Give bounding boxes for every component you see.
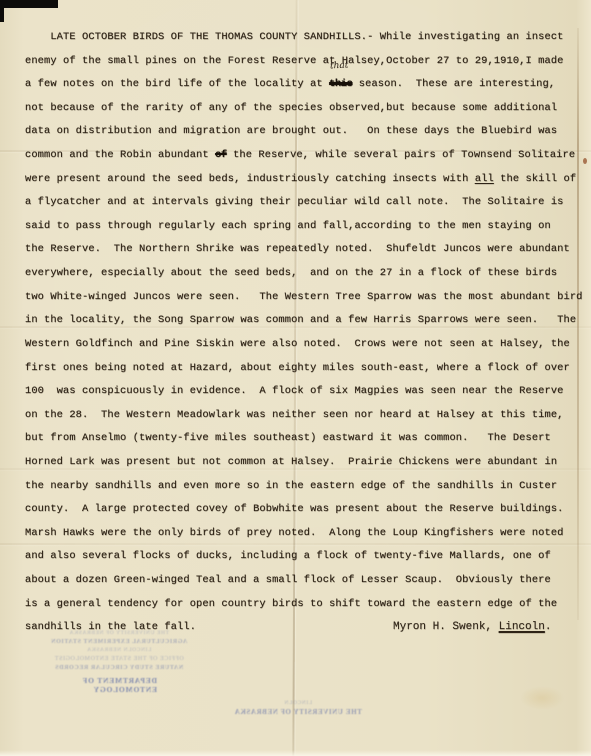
scanner-edge-artifact-top: [0, 0, 58, 8]
typed-line: a few notes on the bird life of the loca…: [25, 73, 577, 97]
bleedthrough-line: NATURE STUDY CIRCULAR RECORDS: [44, 664, 194, 672]
bleedthrough-letterhead-block: THE UNIVERSITY OF NEBRASKAAGRICULTURAL E…: [44, 630, 194, 673]
typed-text-segment: a flycatcher and at intervals giving the…: [25, 196, 564, 208]
bleedthrough-line: AGRICULTURAL EXPERIMENT STATION: [44, 638, 194, 646]
typed-text-segment: and also several flocks of ducks, includ…: [25, 550, 551, 562]
typed-text-segment: in the locality, the Song Sparrow was co…: [25, 314, 576, 326]
bleedthrough-line: THE UNIVERSITY OF NEBRASKA: [44, 630, 194, 637]
paper-bottom-edge-highlight: [0, 750, 591, 756]
typed-line: in the locality, the Song Sparrow was co…: [25, 309, 577, 333]
paper-speck: [583, 158, 587, 164]
paper-stain: [520, 686, 564, 710]
typed-line: a flycatcher and at intervals giving the…: [25, 191, 577, 215]
typed-line: two White-winged Juncos were seen. The W…: [25, 286, 577, 310]
bleedthrough-department-line: DEPARTMENT OF ENTOMOLOGY: [22, 676, 157, 694]
typed-text-segment: Horned Lark was present but not common a…: [25, 456, 557, 468]
typed-text-segment: Western Goldfinch and Pine Siskin were a…: [25, 338, 570, 350]
typed-text-segment: about a dozen Green-winged Teal and a sm…: [25, 574, 551, 586]
bleedthrough-footer-block: LINCOLNTHE UNIVERSITY OF NEBRASKA: [203, 700, 393, 717]
typed-text-segment: but from Anselmo (twenty-five miles sout…: [25, 432, 551, 444]
typed-line: data on distribution and migration are b…: [25, 120, 577, 144]
typed-text-segment: the Reserve. The Northern Shrike was rep…: [25, 243, 570, 255]
typed-line: the Reserve. The Northern Shrike was rep…: [25, 238, 577, 262]
typed-line: the nearby sandhills and even more so in…: [25, 475, 577, 499]
typed-line: Western Goldfinch and Pine Siskin were a…: [25, 333, 577, 357]
typed-line: Marsh Hawks were the only birds of prey …: [25, 522, 577, 546]
typed-text: LATE OCTOBER BIRDS OF THE THOMAS COUNTY …: [25, 26, 577, 640]
typed-line: but from Anselmo (twenty-five miles sout…: [25, 427, 577, 451]
scanner-edge-artifact-left: [0, 0, 4, 22]
typed-text-segment: a few notes on the bird life of the loca…: [25, 78, 329, 90]
typed-text-segment: data on distribution and migration are b…: [25, 125, 557, 137]
typed-line: everywhere, especially about the seed be…: [25, 262, 577, 286]
typed-text-segment: is a general tendency for open country b…: [25, 598, 557, 610]
bleedthrough-line: LINCOLN NEBRASKA: [44, 647, 194, 654]
signature-period: .: [545, 621, 552, 633]
typed-text-segment: were present around the seed beds, indus…: [25, 173, 475, 185]
signature-place-underlined: Lincoln: [499, 621, 545, 633]
typed-text-segment: enemy of the small pines on the Forest R…: [25, 55, 564, 67]
typed-text-segment: first ones being noted at Hazard, about …: [25, 362, 570, 374]
typed-text-segment: county. A large protected covey of Bobwh…: [25, 503, 564, 515]
signature-name: Myron H. Swenk,: [393, 621, 499, 633]
typed-line: Horned Lark was present but not common a…: [25, 451, 577, 475]
typed-line: is a general tendency for open country b…: [25, 593, 577, 617]
typed-line: 100 was conspicuously in evidence. A flo…: [25, 380, 577, 404]
typed-text-segment: LATE OCTOBER BIRDS OF THE THOMAS COUNTY …: [25, 31, 564, 43]
typed-line: about a dozen Green-winged Teal and a sm…: [25, 569, 577, 593]
typed-text-segment: 100 was conspicuously in evidence. A flo…: [25, 385, 564, 397]
typed-text-segment: the nearby sandhills and even more so in…: [25, 480, 557, 492]
typed-line: said to pass through regularly each spri…: [25, 215, 577, 239]
typed-text-segment: the Reserve, while several pairs of Town…: [227, 149, 575, 161]
typed-text-segment: season. These are interesting,: [352, 78, 555, 90]
handwritten-insert: that: [330, 62, 349, 72]
typed-text-segment: two White-winged Juncos were seen. The W…: [25, 291, 583, 303]
typed-line: were present around the seed beds, indus…: [25, 168, 577, 192]
bleedthrough-line: LINCOLN: [203, 700, 393, 707]
scanned-document-page: LATE OCTOBER BIRDS OF THE THOMAS COUNTY …: [0, 0, 591, 756]
typed-line: county. A large protected covey of Bobwh…: [25, 498, 577, 522]
typed-text-segment: the skill of: [494, 173, 576, 185]
typed-text-segment: Marsh Hawks were the only birds of prey …: [25, 527, 564, 539]
bleedthrough-line: THE UNIVERSITY OF NEBRASKA: [203, 707, 393, 717]
typed-ul-word: all: [475, 173, 494, 185]
typed-text-segment: common and the Robin abundant: [25, 149, 215, 161]
typed-text-segment: everywhere, especially about the seed be…: [25, 267, 557, 279]
paper-right-edge-shadow: [577, 28, 579, 620]
typed-line: LATE OCTOBER BIRDS OF THE THOMAS COUNTY …: [25, 26, 577, 50]
typed-line: on the 28. The Western Meadowlark was ne…: [25, 404, 577, 428]
typed-line: not because of the rarity of any of the …: [25, 97, 577, 121]
bleedthrough-line: OFFICE OF THE STATE ENTOMOLOGIST: [44, 655, 194, 663]
typed-text-segment: said to pass through regularly each spri…: [25, 220, 551, 232]
typed-line: enemy of the small pines on the Forest R…: [25, 50, 577, 74]
typed-correction: thatthis: [329, 73, 352, 97]
typed-line: and also several flocks of ducks, includ…: [25, 545, 577, 569]
typed-text-segment: not because of the rarity of any of the …: [25, 102, 557, 114]
typed-line: common and the Robin abundant of the Res…: [25, 144, 577, 168]
typed-line: first ones being noted at Hazard, about …: [25, 357, 577, 381]
typed-text-segment: on the 28. The Western Meadowlark was ne…: [25, 409, 564, 421]
struck-word: this: [329, 78, 352, 90]
typed-strike-word: of: [215, 149, 227, 161]
signature-line: Myron H. Swenk, Lincoln.: [393, 621, 551, 633]
